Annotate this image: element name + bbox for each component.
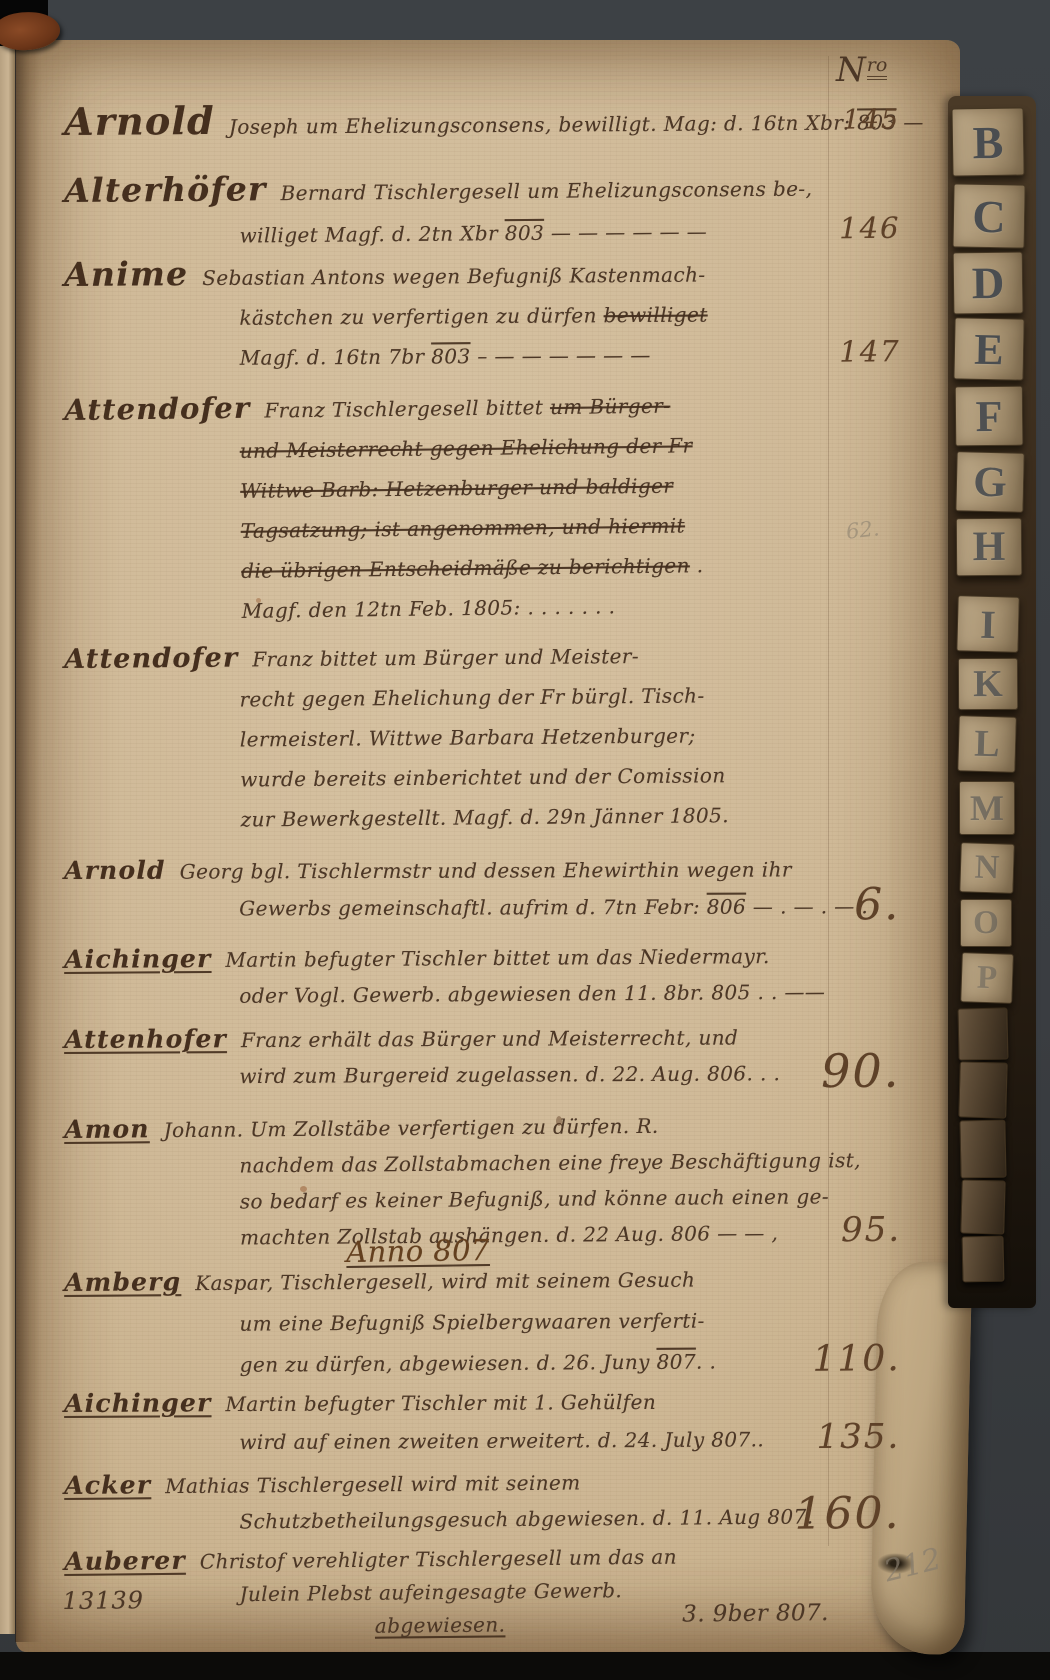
entry-text-segment: — . — . — . <box>746 894 868 918</box>
entry-text-segment: kästchen zu verfertigen zu dürfen <box>239 303 603 330</box>
entry-text-segment: lermeisterl. Wittwe Barbara Hetzenburger… <box>240 723 696 751</box>
tab-letter: F <box>975 390 1002 441</box>
entry-line: ArnoldGeorg bgl. Tischlermstr und dessen… <box>64 849 906 891</box>
entry-line: Magf. d. 16tn 7br 803 – — — — — — — <box>240 333 907 378</box>
entry-line: lermeisterl. Wittwe Barbara Hetzenburger… <box>240 714 907 760</box>
entry-text-segment: Franz erhält das Bürger und Meisterrecht… <box>241 1025 738 1052</box>
index-tab-rail: BCDEFGHIKLMNOP <box>948 96 1036 1308</box>
entry-text-segment: um Bürger- <box>550 394 671 419</box>
tab-letter: K <box>973 662 1003 706</box>
entry-line: AichingerMartin befugter Tischler bittet… <box>64 936 906 979</box>
entry-text-segment: Franz bittet um Bürger und Meister- <box>252 644 639 671</box>
entry-page-number: 145 <box>842 100 900 140</box>
index-tab-L: L <box>958 715 1018 773</box>
entry-text-segment: Martin befugter Tischler mit 1. Gehülfen <box>225 1390 656 1416</box>
entry-line: AichingerMartin befugter Tischler mit 1.… <box>64 1381 906 1424</box>
entry-text-segment: Kaspar, Tischlergesell, wird mit seinem … <box>195 1268 695 1295</box>
entry-text-segment: wurde bereits einberichtet und der Comis… <box>240 763 726 791</box>
tab-letter: O <box>974 904 1000 941</box>
entry-line: wurde bereits einberichtet und der Comis… <box>240 754 907 800</box>
register-entry: AttenhoferFranz erhält das Bürger und Me… <box>64 1018 906 1095</box>
tab-letter: H <box>973 523 1006 571</box>
entry-surname: Aichinger <box>64 1388 211 1418</box>
ink-stain <box>556 1116 562 1126</box>
entry-text-segment: – — — — — — — <box>471 343 651 368</box>
entry-text-segment: Martin befugter Tischler bittet um das N… <box>225 944 769 972</box>
tab-letter: P <box>976 959 997 997</box>
entry-line: so bedarf es keiner Befugniß, und könne … <box>240 1178 907 1220</box>
entry-text-segment: Georg bgl. Tischlermstr und dessen Ehewi… <box>180 857 792 883</box>
register-entry: AmbergKaspar, Tischlergesell, wird mit s… <box>64 1256 907 1387</box>
index-tab-stub <box>962 1236 1005 1283</box>
entry-text-segment: wird zum Burgereid zugelassen. d. 22. Au… <box>239 1061 780 1088</box>
entry-surname: Amon <box>64 1114 150 1144</box>
entry-text-segment: Magf. den 12tn Feb. 1805: . . . . . . . <box>242 594 616 623</box>
entry-text-segment: die übrigen Entscheidmäße zu berichtigen <box>241 553 690 582</box>
register-entry: ArnoldGeorg bgl. Tischlermstr und dessen… <box>64 849 906 928</box>
entry-surname: Attendofer <box>64 391 251 427</box>
entry-page-number: 147 <box>839 331 901 371</box>
index-tab-B: B <box>951 107 1024 176</box>
tab-letter: N <box>974 849 1000 888</box>
entry-text-segment: Franz Tischlergesell bittet <box>264 395 550 422</box>
entry-line: AlterhöferBernard Tischlergesell um Ehel… <box>64 163 906 216</box>
entry-text-segment: zur Bewerkgestellt. Magf. d. 29n Jänner … <box>240 803 729 831</box>
index-tab-H: H <box>956 518 1022 576</box>
register-entry: AnimeSebastian Antons wegen Befugniß Kas… <box>64 249 907 379</box>
entry-line: recht gegen Ehelichung der Fr bürgl. Tis… <box>239 674 906 720</box>
entry-surname: Attendofer <box>64 642 238 675</box>
entry-date-note: 3. 9ber 807. <box>682 1597 829 1632</box>
entry-text-segment: gen zu dürfen, abgewiesen. d. 26. Juny <box>240 1350 657 1377</box>
index-tab-M: M <box>959 781 1015 835</box>
entry-text-segment: Sebastian Antons wegen Befugniß Kastenma… <box>202 263 705 291</box>
index-tab-G: G <box>955 451 1024 513</box>
entry-text-segment: Joseph um Ehelizungsconsens, bewilligt. … <box>229 110 857 138</box>
tab-letter: L <box>974 722 1001 767</box>
entry-text-segment: um eine Befugniß Spielbergwaaren verfert… <box>239 1309 705 1336</box>
entries-layer: ArnoldJoseph um Ehelizungsconsens, bewil… <box>16 40 960 1652</box>
tab-letter: M <box>970 787 1004 829</box>
entry-text-segment: bewilliget <box>604 303 708 328</box>
entry-text-segment: Christof verehligter Tischlergesell um d… <box>200 1545 677 1574</box>
entry-text-segment: oder Vogl. Gewerb. abgewiesen den 11. 8b… <box>239 980 825 1008</box>
entry-line: AnimeSebastian Antons wegen Befugniß Kas… <box>64 249 906 299</box>
entry-text-segment: williget Magf. d. 2tn Xbr <box>239 221 504 247</box>
entry-text-segment: 807 <box>657 1350 697 1374</box>
entry-surname: Arnold <box>64 856 166 885</box>
tab-letter: D <box>972 257 1005 309</box>
entry-text-segment: Bernard Tischlergesell um Ehelizungscons… <box>280 176 812 205</box>
entry-line: AmbergKaspar, Tischlergesell, wird mit s… <box>64 1256 906 1305</box>
entry-text-segment: Wittwe Barb: Hetzenburger und baldiger <box>240 474 673 503</box>
entry-line: kästchen zu verfertigen zu dürfen bewill… <box>239 293 906 338</box>
entry-line: gen zu dürfen, abgewiesen. d. 26. Juny 8… <box>240 1340 907 1386</box>
entry-surname: Acker <box>64 1470 151 1500</box>
index-tab-stub <box>958 1061 1008 1118</box>
index-tab-D: D <box>953 252 1024 315</box>
register-entry: AichingerMartin befugter Tischler bittet… <box>64 936 906 1015</box>
index-tab-K: K <box>957 658 1017 710</box>
ink-stain <box>300 1186 307 1192</box>
index-tab-F: F <box>954 386 1023 447</box>
entry-text-segment: nachdem das Zollstabmachen eine freye Be… <box>239 1148 861 1177</box>
entry-line: um eine Befugniß Spielbergwaaren verfert… <box>239 1299 906 1345</box>
index-tab-P: P <box>960 952 1014 1004</box>
tab-letter: G <box>972 457 1007 507</box>
entry-line: oder Vogl. Gewerb. abgewiesen den 11. 8b… <box>239 973 906 1014</box>
entry-line: wird auf einen zweiten erweitert. d. 24.… <box>239 1420 906 1461</box>
scan-background-bottom <box>0 1652 1050 1680</box>
entry-text-segment: 806 <box>707 895 746 919</box>
tab-letter: I <box>979 600 996 647</box>
entry-text-segment: recht gegen Ehelichung der Fr bürgl. Tis… <box>239 683 704 711</box>
entry-text-segment: und Meisterrecht gegen Ehelichung der Fr <box>240 433 693 463</box>
entry-page-number: 6. <box>854 886 900 923</box>
register-entry: AichingerMartin befugter Tischler mit 1.… <box>64 1381 906 1462</box>
entry-line: ArnoldJoseph um Ehelizungsconsens, bewil… <box>64 96 906 148</box>
entry-page-number: 90. <box>821 1053 900 1089</box>
entry-line: zur Bewerkgestellt. Magf. d. 29n Jänner … <box>240 794 907 840</box>
ink-stain <box>256 598 261 603</box>
entry-line: wird zum Burgereid zugelassen. d. 22. Au… <box>239 1055 906 1094</box>
index-tab-O: O <box>960 899 1012 947</box>
index-tab-N: N <box>959 842 1015 894</box>
underlying-page-edge <box>0 46 15 1634</box>
entry-page-number: 135. <box>816 1418 900 1456</box>
entry-text-segment: 803 <box>431 344 471 368</box>
entry-text-segment: so bedarf es keiner Befugniß, und könne … <box>240 1184 829 1213</box>
entry-text-segment: . . <box>696 1349 716 1373</box>
entry-text-segment: — — — — — — <box>544 219 707 244</box>
entry-text-segment: wird auf einen zweiten erweitert. d. 24.… <box>239 1427 764 1454</box>
tab-letter: C <box>972 189 1006 243</box>
entry-text-segment: Julein Plebst aufeingesagte Gewerb. <box>239 1578 622 1606</box>
register-entry: AlterhöferBernard Tischlergesell um Ehel… <box>64 163 907 258</box>
entry-text-segment: Gewerbs gemeinschaftl. aufrim d. 7tn Feb… <box>239 895 707 921</box>
entry-text-segment: Schutzbetheilungsgesuch abgewiesen. d. 1… <box>239 1504 813 1533</box>
index-tab-stub <box>960 1179 1005 1234</box>
entry-page-number: 146 <box>839 207 901 250</box>
entry-page-number: 160. <box>794 1496 900 1533</box>
register-entry: ArnoldJoseph um Ehelizungsconsens, bewil… <box>64 96 906 148</box>
index-tab-E: E <box>953 317 1024 380</box>
entry-surname: Amberg <box>64 1267 181 1297</box>
entry-surname: Anime <box>64 254 188 294</box>
entry-text-segment: Johann. Um Zollstäbe verfertigen zu dürf… <box>164 1114 659 1142</box>
manuscript-scan: Nro ArnoldJoseph um Ehelizungsconsens, b… <box>0 0 1050 1680</box>
entry-text-segment: Mathias Tischlergesell wird mit seinem <box>165 1470 581 1498</box>
register-entry: AubererChristof verehligter Tischlergese… <box>64 1536 907 1646</box>
entry-text-segment: . <box>690 553 704 577</box>
entry-line: Magf. den 12tn Feb. 1805: . . . . . . . <box>241 583 908 631</box>
entry-surname: Alterhöfer <box>64 169 267 210</box>
register-entry: AttendoferFranz bittet um Bürger und Mei… <box>64 633 908 841</box>
tab-letter: E <box>974 323 1004 375</box>
entry-text-segment: Magf. d. 16tn 7br <box>240 344 432 369</box>
index-tab-stub <box>959 1120 1006 1179</box>
entry-line: AttenhoferFranz erhält das Bürger und Me… <box>64 1018 906 1059</box>
entry-surname: Arnold <box>64 98 215 144</box>
index-tab-I: I <box>956 595 1019 653</box>
entry-act-number: 13139 <box>62 1584 144 1618</box>
pencil-annotation: 62. <box>845 516 881 543</box>
entry-text-segment: abgewiesen. <box>375 1612 506 1637</box>
entry-text-segment: Tagsatzung; ist angenommen, und hiermit <box>241 513 686 542</box>
entry-page-number: 110. <box>812 1338 900 1380</box>
register-entry: AckerMathias Tischlergesell wird mit sei… <box>64 1461 907 1541</box>
entry-text-segment: — <box>896 110 923 134</box>
entry-line: Gewerbs gemeinschaftl. aufrim d. 7tn Feb… <box>239 888 906 927</box>
index-tab-stub <box>957 1007 1008 1060</box>
tab-letter: B <box>972 115 1004 168</box>
index-tab-C: C <box>952 183 1025 248</box>
register-entry: AttendoferFranz Tischlergesell bittet um… <box>64 380 909 633</box>
entry-text-segment: 803 <box>505 221 545 245</box>
entry-surname: Attenhofer <box>64 1024 227 1054</box>
entry-line: nachdem das Zollstabmachen eine freye Be… <box>239 1142 906 1184</box>
entry-line: AttendoferFranz bittet um Bürger und Mei… <box>64 633 906 681</box>
entry-surname: Auberer <box>64 1546 186 1576</box>
entry-surname: Aichinger <box>64 944 212 974</box>
